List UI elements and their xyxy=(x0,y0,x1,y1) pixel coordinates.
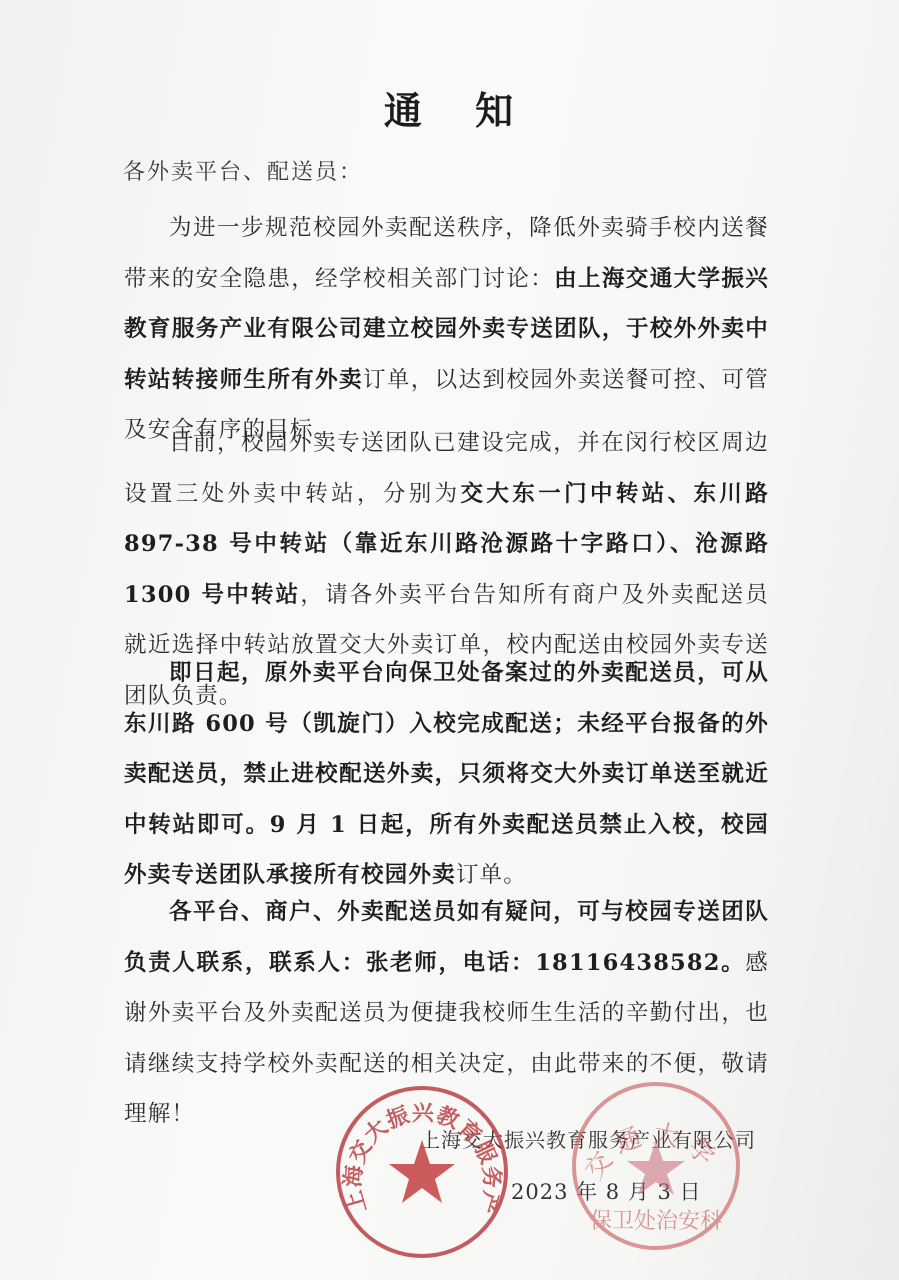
paragraph-3: 即日起，原外卖平台向保卫处备案过的外卖配送员，可从东川路 600 号（凯旋门）入… xyxy=(124,648,769,901)
notice-document: 通 知 各外卖平台、配送员： 为进一步规范校园外卖配送秩序，降低外卖骑手校内送餐… xyxy=(0,0,899,1280)
salutation: 各外卖平台、配送员： xyxy=(123,155,363,186)
company-seal-stamp: 上海交大振兴教育服务产业有限公司 xyxy=(332,1082,512,1262)
paragraph-3-text-c: 订单。 xyxy=(456,862,527,888)
star-icon xyxy=(389,1140,455,1203)
paragraph-3-text-bold: 即日起，原外卖平台向保卫处备案过的外卖配送员，可从东川路 600 号（凯旋门）入… xyxy=(124,660,769,888)
company-seal-text: 上海交大振兴教育服务产业有限公司 xyxy=(332,1082,505,1218)
security-office-seal-stamp: 交通大学 保卫处治安科 xyxy=(568,1078,744,1254)
security-seal-bottom-text: 保卫处治安科 xyxy=(590,1209,722,1234)
document-title: 通 知 xyxy=(0,80,899,135)
paragraph-4-text-bold: 各平台、商户、外卖配送员如有疑问，可与校园专送团队负责人联系，联系人：张老师，电… xyxy=(124,899,769,976)
